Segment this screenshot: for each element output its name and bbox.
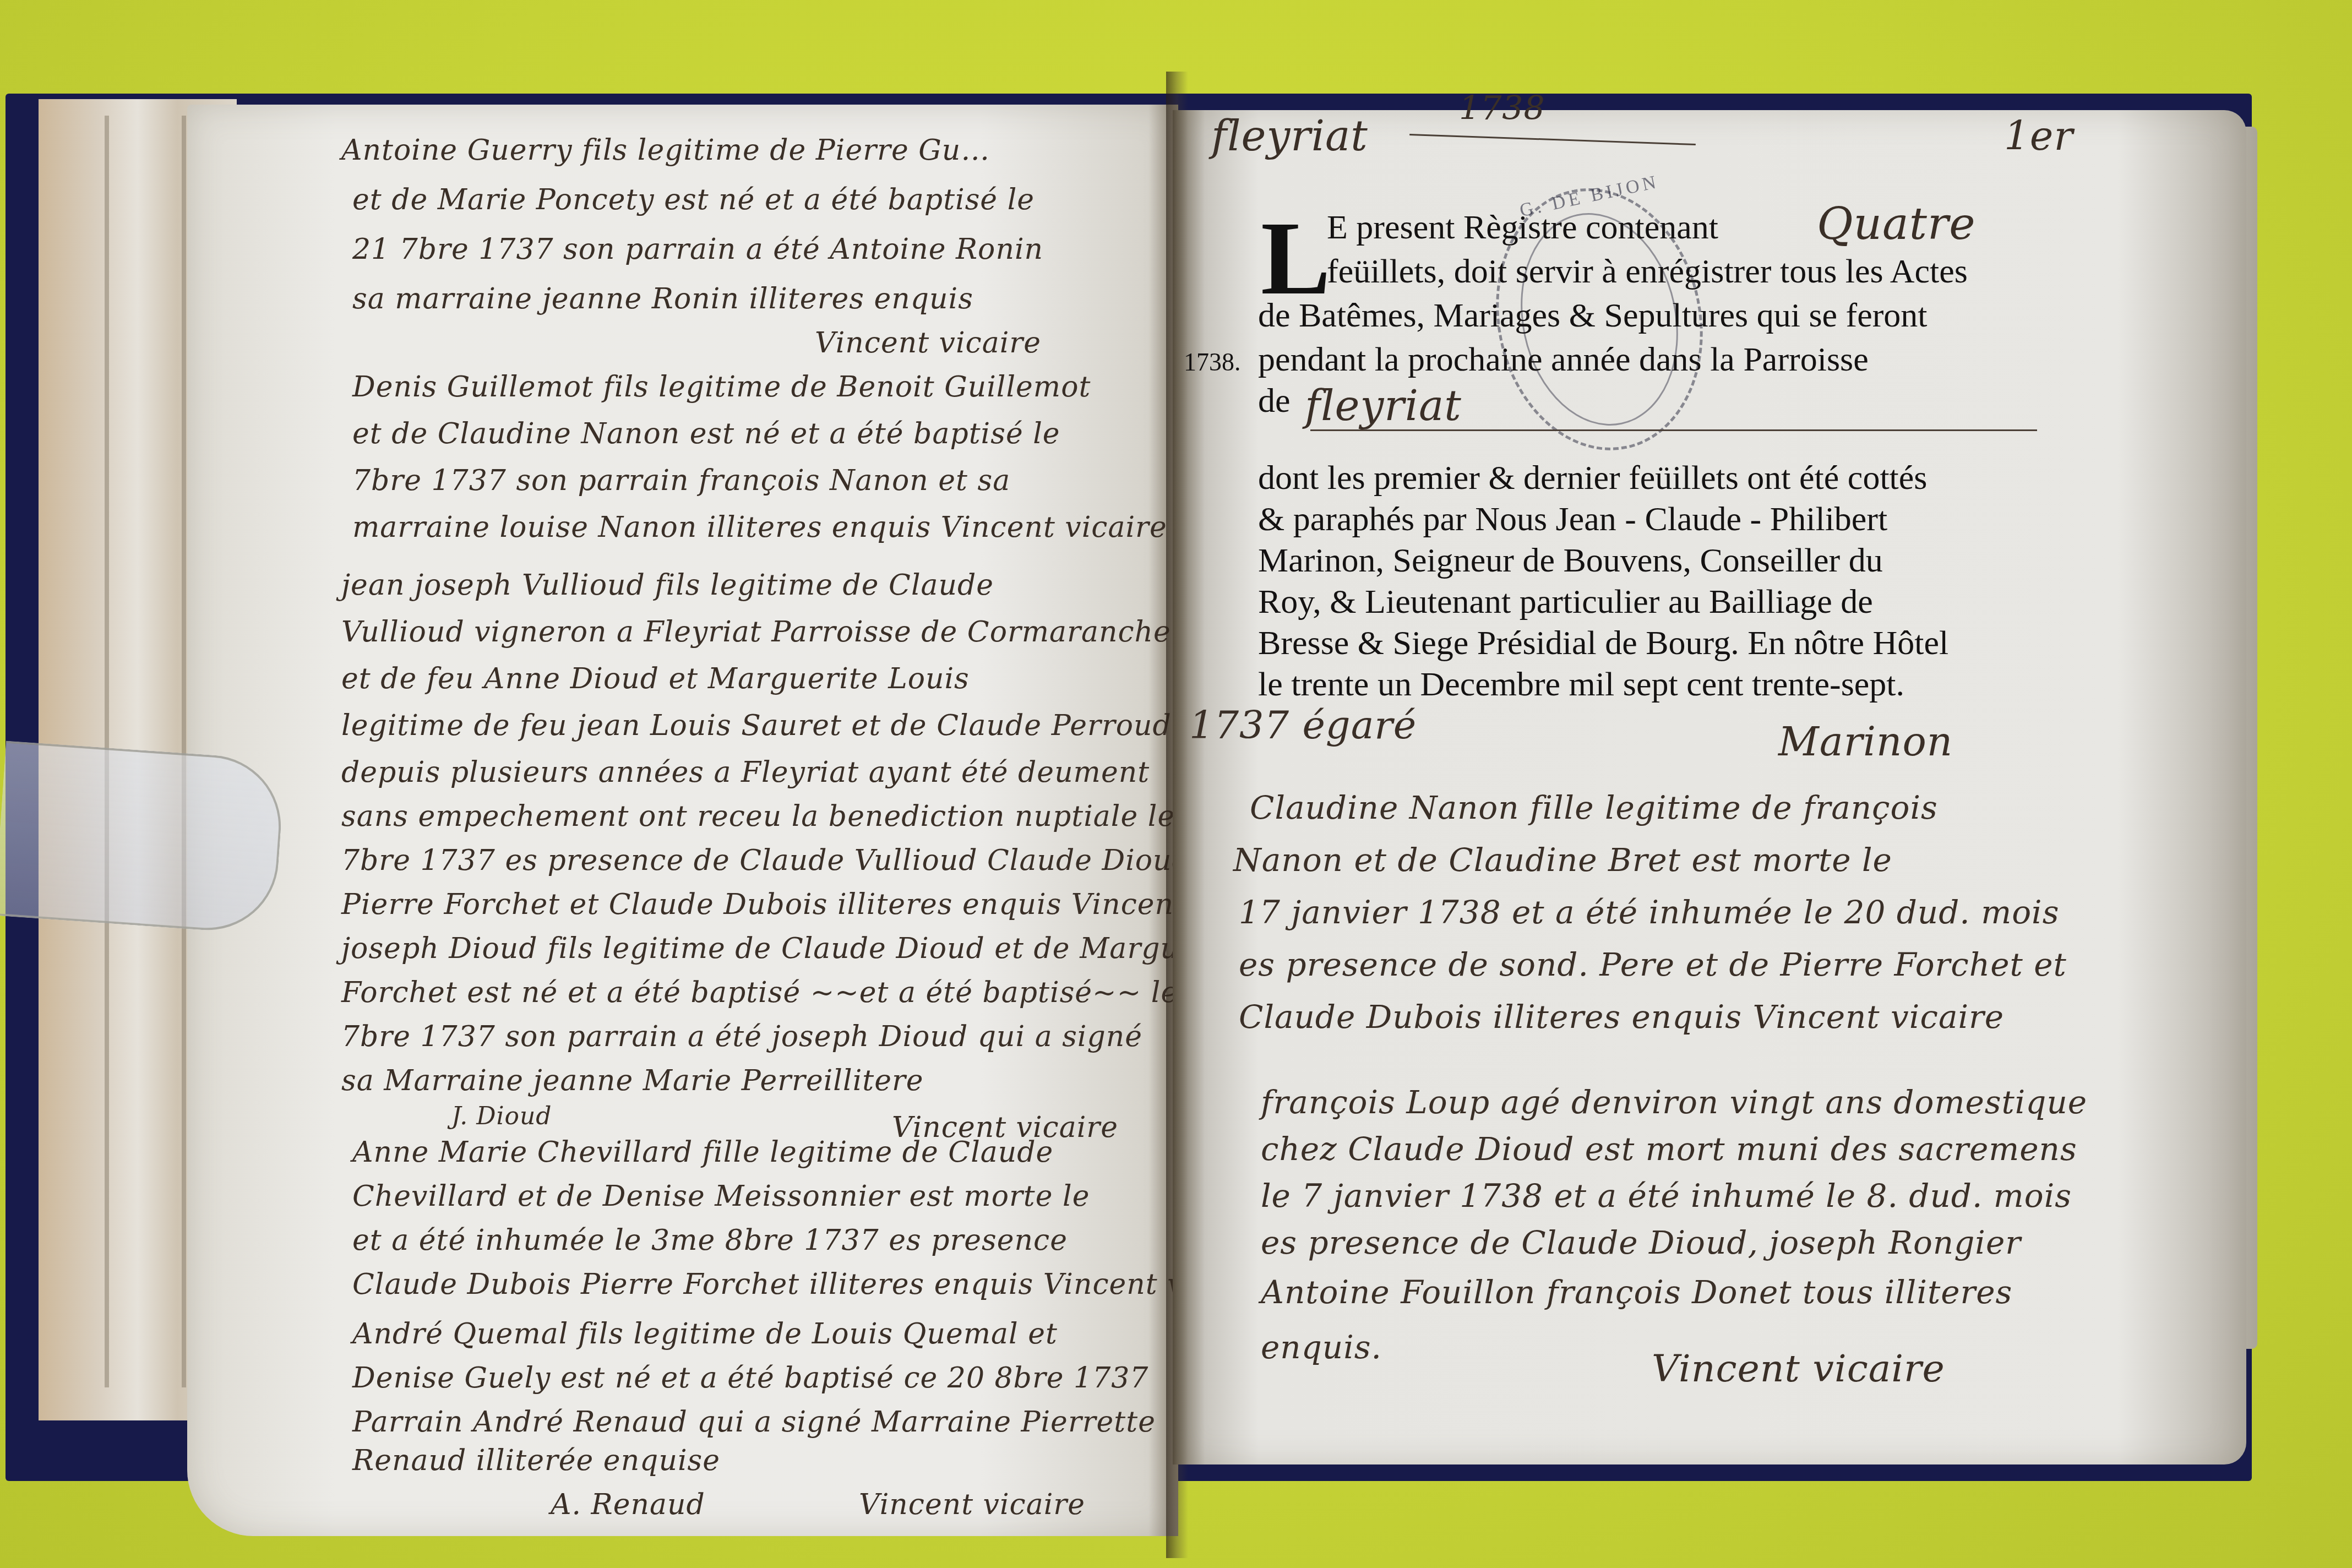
form-line-10: Bresse & Siege Présidial de Bourg. En nô…: [1258, 622, 1948, 664]
left-line-9: marraine louise Nanon illiteres enquis V…: [352, 504, 1167, 551]
left-line-20: 7bre 1737 son parrain a été joseph Dioud…: [341, 1013, 1142, 1060]
entry-2-line-3: le 7 janvier 1738 et a été inhumé le 8. …: [1261, 1170, 2072, 1222]
drop-cap: L: [1261, 212, 1331, 306]
plastic-page-clip: [0, 741, 286, 935]
left-line-19: Forchet est né et a été baptisé ~~et a é…: [341, 969, 1207, 1016]
form-line-6: dont les premier & dernier feüillets ont…: [1258, 457, 1927, 499]
left-signature-3: Vincent vicaire: [859, 1481, 1085, 1528]
form-line-7: & paraphés par Nous Jean - Claude - Phil…: [1258, 498, 1887, 540]
entry-2-line-1: françois Loup agé denviron vingt ans dom…: [1261, 1076, 2087, 1128]
left-line-11: Vullioud vigneron a Fleyriat Parroisse d…: [341, 608, 1171, 656]
form-fill-rule: [1310, 429, 2037, 431]
form-line-4: pendant la prochaine année dans la Parro…: [1258, 339, 1869, 380]
left-line-28: André Quemal fils legitime de Louis Quem…: [352, 1310, 1058, 1358]
left-line-3: 21 7bre 1737 son parrain a été Antoine R…: [352, 226, 1043, 273]
entry-2-line-6: enquis.: [1261, 1321, 1382, 1373]
left-line-25: Chevillard et de Denise Meissonnier est …: [352, 1173, 1090, 1220]
entry-2-line-4: es presence de Claude Dioud, joseph Rong…: [1261, 1217, 2021, 1268]
left-line-31: Renaud illiterée enquise: [352, 1437, 720, 1484]
entry-1-line-5: Claude Dubois illiteres enquis Vincent v…: [1239, 991, 2004, 1043]
annotation-egare: 1737 égaré: [1189, 699, 1417, 751]
left-line-8: 7bre 1737 son parrain françois Nanon et …: [352, 457, 1010, 504]
left-signature-renaud: A. Renaud: [551, 1481, 705, 1528]
left-line-24: Anne Marie Chevillard fille legitime de …: [352, 1129, 1053, 1176]
left-line-27: Claude Dubois Pierre Forchet illiteres e…: [352, 1261, 1270, 1308]
form-line-9: Roy, & Lieutenant particulier au Baillia…: [1258, 581, 1873, 623]
left-line-12: et de feu Anne Dioud et Marguerite Louis: [341, 655, 970, 703]
left-line-6: Denis Guillemot fils legitime de Benoit …: [352, 363, 1091, 411]
form-line-1: E present Règistre contenant: [1327, 206, 1718, 248]
left-signature-1: Vincent vicaire: [815, 319, 1041, 367]
left-line-1: Antoine Guerry fils legitime de Pierre G…: [341, 127, 990, 174]
form-line-5: de: [1258, 380, 1291, 422]
book-gutter: [1166, 72, 1188, 1558]
form-filled-parish: fleyriat: [1305, 380, 1462, 432]
left-line-7: et de Claudine Nanon est né et a été bap…: [352, 410, 1060, 458]
header-year: 1738: [1459, 83, 1545, 134]
margin-year: 1738.: [1184, 341, 1241, 383]
left-line-14: depuis plusieurs années a Fleyriat ayant…: [341, 749, 1150, 796]
form-line-8: Marinon, Seigneur de Bouvens, Conseiller…: [1258, 540, 1883, 581]
entry-1-line-3: 17 janvier 1738 et a été inhumée le 20 d…: [1239, 886, 2059, 938]
entry-2-line-5: Antoine Fouillon françois Donet tous ill…: [1261, 1266, 2012, 1318]
left-line-15: sans empechement ont receu la benedictio…: [341, 793, 1175, 840]
entry-1-line-4: es presence de sond. Pere et de Pierre F…: [1239, 939, 2067, 990]
left-line-18: joseph Dioud fils legitime de Claude Dio…: [341, 925, 1250, 972]
left-line-13: legitime de feu jean Louis Sauret et de …: [341, 702, 1172, 749]
left-line-17: Pierre Forchet et Claude Dubois illitere…: [341, 881, 1298, 928]
entry-2-line-2: chez Claude Dioud est mort muni des sacr…: [1261, 1123, 2077, 1175]
form-line-3: de Batêmes, Mariages & Sepultures qui se…: [1258, 295, 1928, 336]
left-line-26: et a été inhumée le 3me 8bre 1737 es pre…: [352, 1217, 1068, 1264]
form-line-2: feüillets, doit servir à enrégistrer tou…: [1327, 251, 1968, 292]
entry-1-line-2: Nanon et de Claudine Bret est morte le: [1233, 834, 1892, 886]
left-line-21: sa Marraine jeanne Marie Perreillitere: [341, 1057, 924, 1104]
header-place: fleyriat: [1211, 110, 1368, 162]
left-line-16: 7bre 1737 es presence de Claude Vullioud…: [341, 837, 1191, 884]
entry-1-line-1: Claudine Nanon fille legitime de françoi…: [1250, 782, 1938, 834]
folio-number: 1er: [2004, 110, 2073, 162]
form-filled-count: Quatre: [1817, 198, 1976, 250]
left-line-29: Denise Guely est né et a été baptisé ce …: [352, 1354, 1148, 1402]
left-line-4: sa marraine jeanne Ronin illiteres enqui…: [352, 275, 973, 323]
entry-2-signature: Vincent vicaire: [1652, 1343, 1945, 1395]
magistrate-signature: Marinon: [1778, 716, 1953, 767]
left-line-10: jean joseph Vullioud fils legitime de Cl…: [341, 562, 994, 609]
left-line-2: et de Marie Poncety est né et a été bapt…: [352, 176, 1035, 224]
